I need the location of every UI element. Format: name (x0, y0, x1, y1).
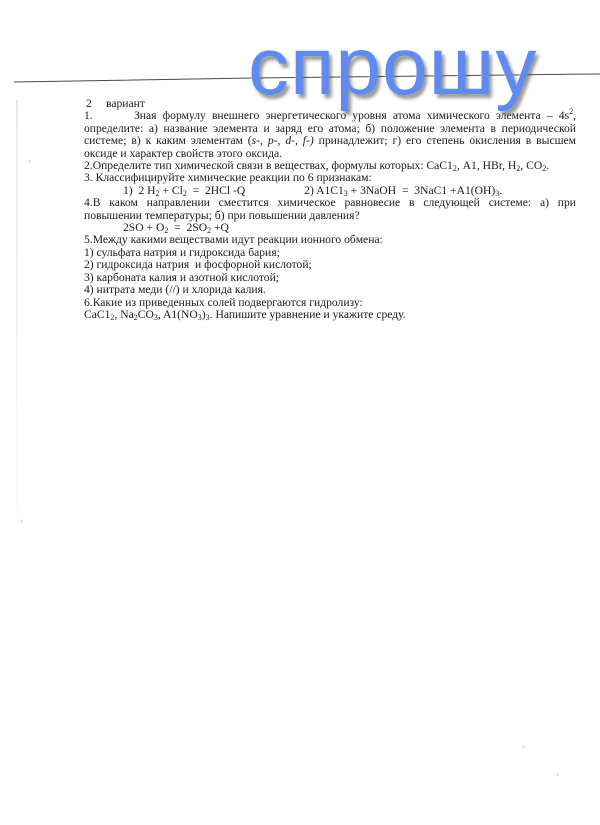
task-5-text: 5.Между какими веществами идут реакции и… (84, 233, 383, 246)
eq-part: = 2SO (168, 221, 207, 234)
equation-2: A1C13 + 3NaOH = 3NaC1 +A1(OH)3. (316, 184, 502, 197)
watermark: спрошу (248, 26, 537, 108)
equation-label: 2) (304, 184, 314, 197)
task-6-formulas: CaC12, Na2CO3, A1(NO3)3. Напишите уравне… (84, 309, 576, 321)
worksheet: 2вариант 1.Зная формулу внешнего энергет… (84, 98, 576, 321)
punct: , (573, 109, 576, 122)
task-5-item: 2) гидроксида натрия и фосфорной кислото… (84, 259, 576, 271)
task-6-text: . Напишите уравнение и укажите среду. (210, 308, 406, 321)
formula-part: , Na (114, 308, 133, 321)
formula-part: , A1(NO (158, 308, 198, 321)
scan-speck (28, 160, 31, 163)
eq-part: 2 H (138, 184, 155, 197)
scan-speck (20, 520, 23, 523)
task-2-text: 2.Определите тип химической связи в веще… (84, 159, 453, 172)
eq-part: = 2HCl -Q (187, 184, 245, 197)
task-4-text: 4.В каком направлении сместится химическ… (84, 196, 576, 221)
eq-part: + 3NaOH = 3NaC1 +A1(OH) (348, 184, 495, 197)
eq-part: 2SO + O (123, 221, 164, 234)
formula-part: CaC1 (84, 308, 110, 321)
equation-label: 1) (123, 184, 133, 197)
scan-edge (16, 100, 18, 540)
task-6-text: 6.Какие из приведенных солей подвергаютс… (84, 296, 363, 309)
element-types: s-, p-, d-, f-) (252, 134, 314, 147)
task-3-text: 3. Классифицируйте химические реакции по… (84, 171, 372, 184)
eq-part: A1C1 (316, 184, 344, 197)
eq-part: +Q (211, 221, 229, 234)
task-1: 1.Зная формулу внешнего энергетического … (84, 110, 576, 160)
formula-part: CO (138, 308, 154, 321)
punct: . (546, 159, 549, 172)
task-4: 4.В каком направлении сместится химическ… (84, 197, 576, 222)
punct: . (499, 184, 502, 197)
task-2-text: , А1, HBr, H (457, 159, 516, 172)
eq-part: + Cl (160, 184, 183, 197)
task-5: 5.Между какими веществами идут реакции и… (84, 234, 576, 246)
scan-speck (556, 773, 559, 776)
equation-1: 2 H2 + Cl2 = 2HCl -Q (138, 184, 245, 197)
task-2-text: , CO (520, 159, 542, 172)
scan-speck (522, 745, 525, 748)
